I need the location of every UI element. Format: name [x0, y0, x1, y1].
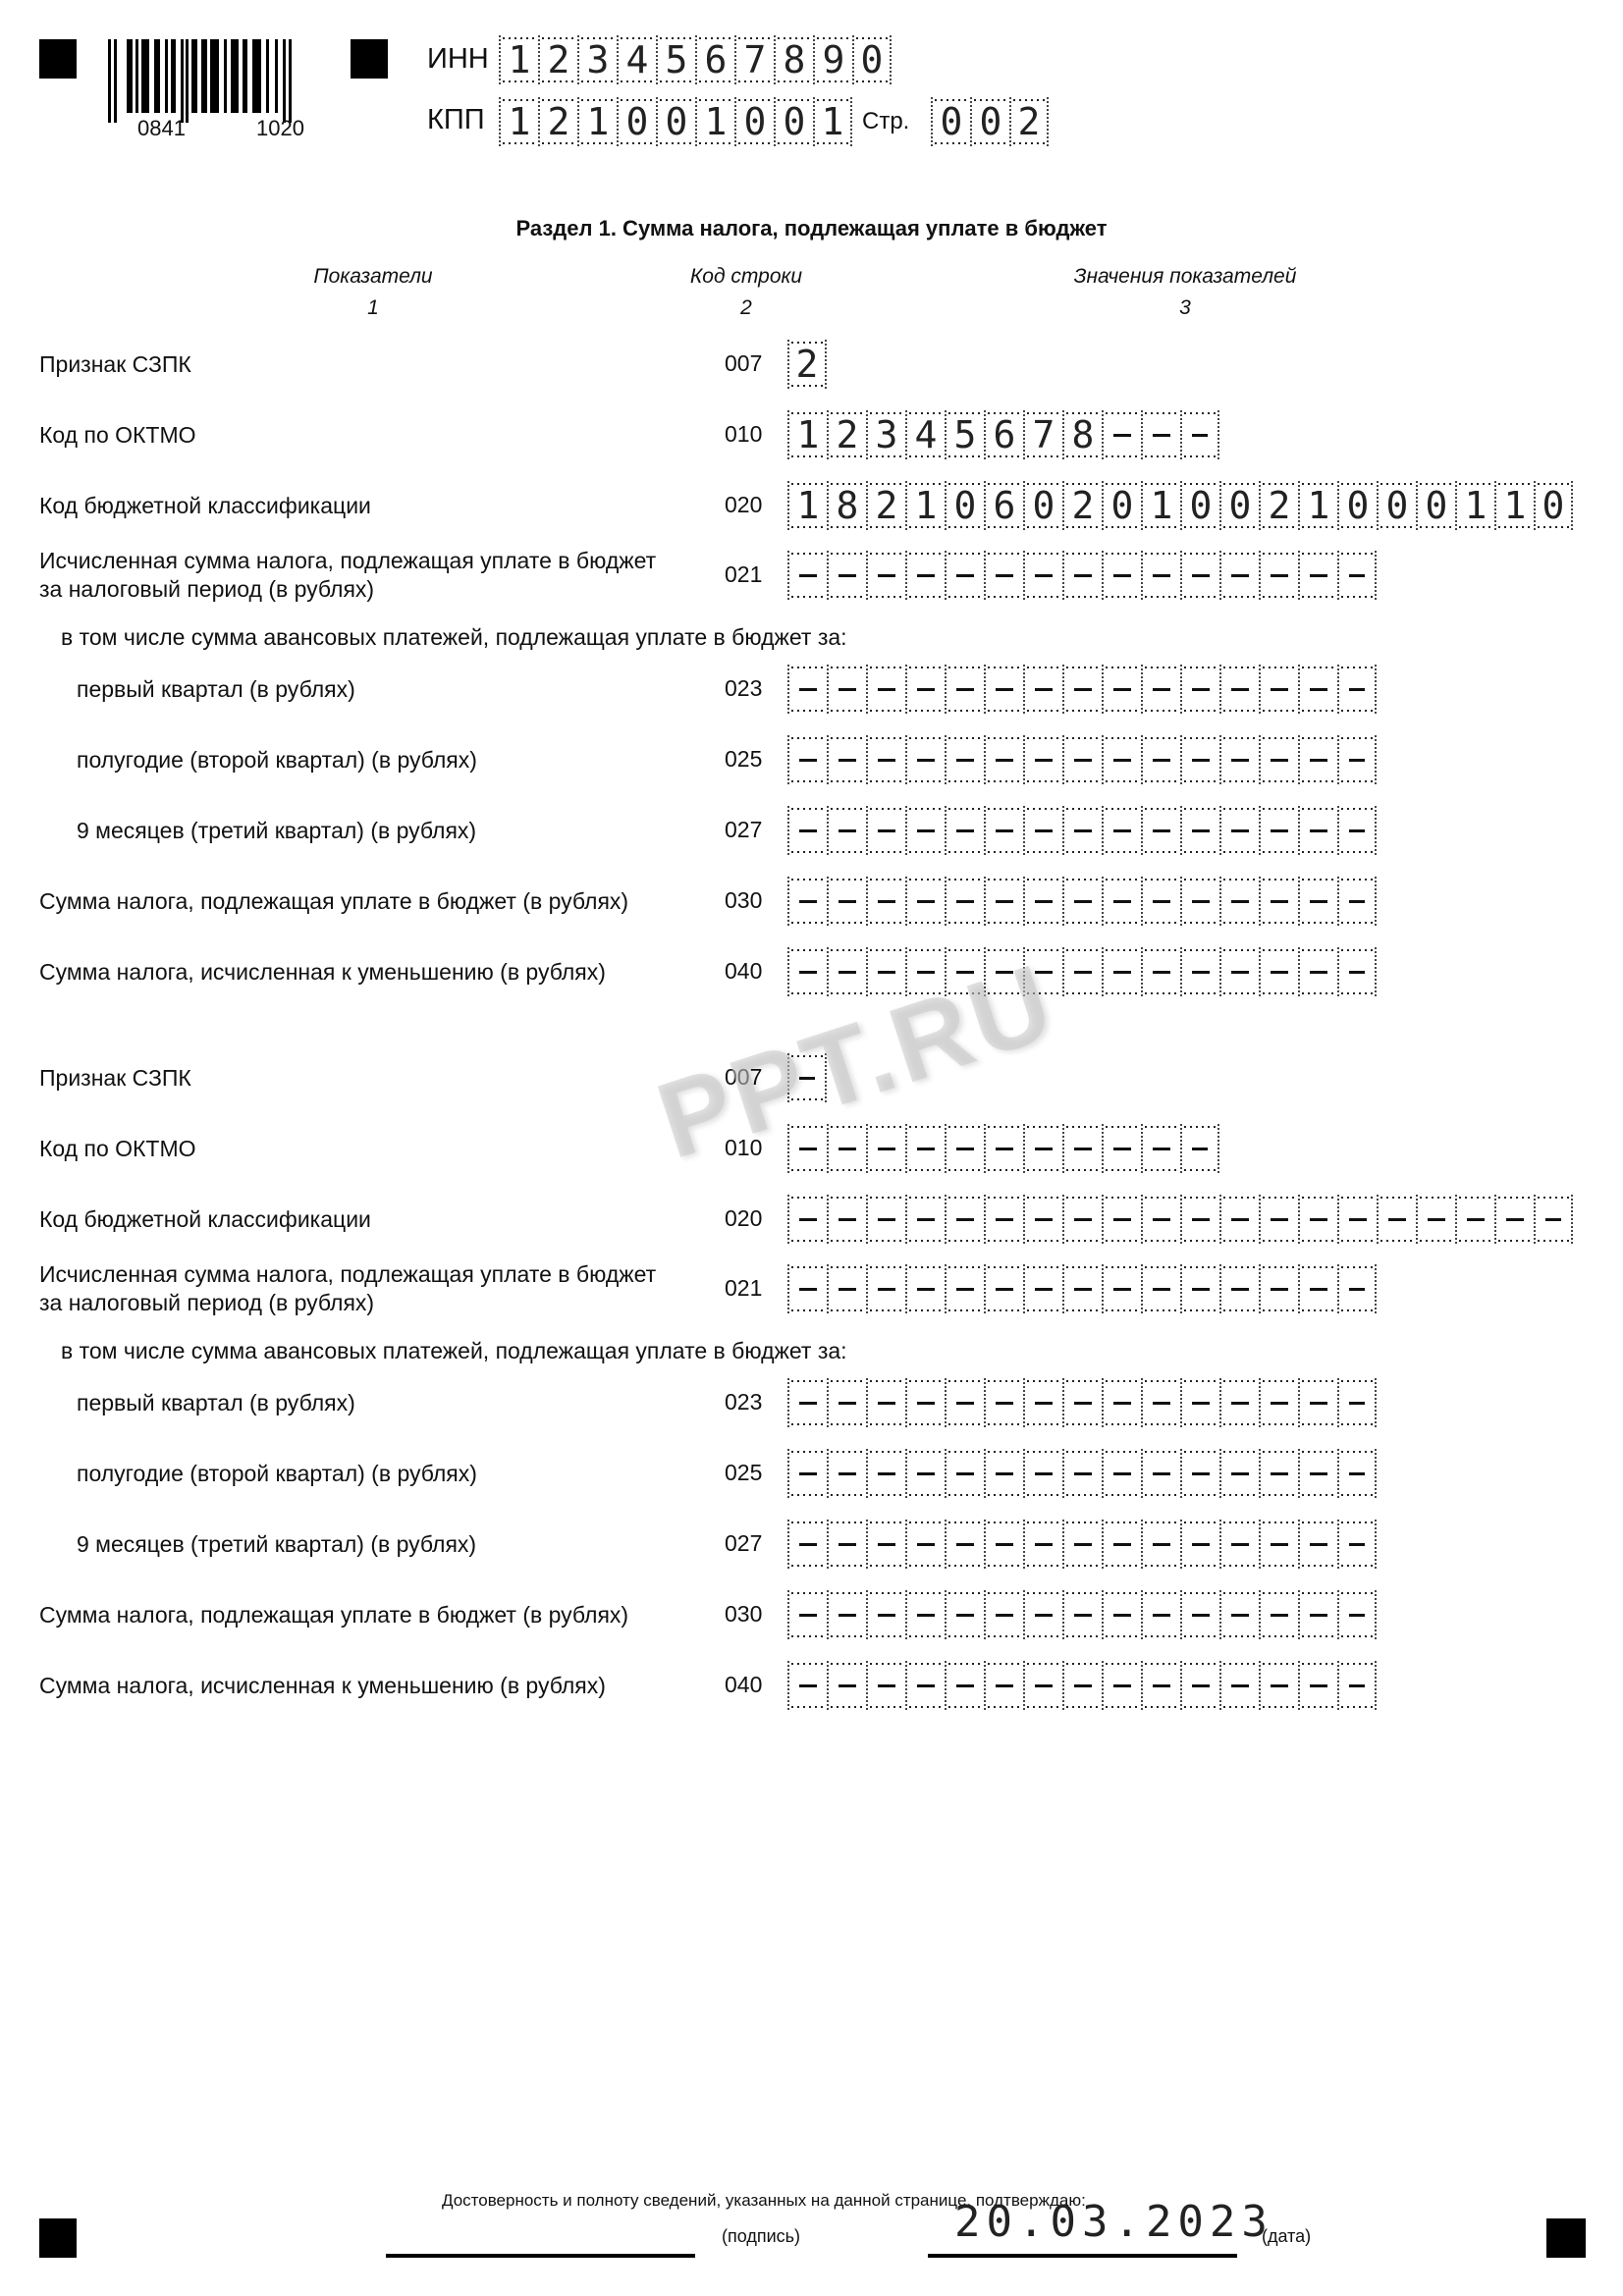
char-cell[interactable]: [1298, 735, 1337, 784]
char-cell[interactable]: [1062, 1661, 1102, 1710]
char-cell[interactable]: 2: [787, 340, 827, 389]
char-cell[interactable]: [1141, 1449, 1180, 1498]
char-cell[interactable]: [945, 735, 984, 784]
char-cell[interactable]: [1259, 665, 1298, 714]
value-field-010[interactable]: [787, 1124, 1219, 1173]
value-field-010[interactable]: 12345678: [787, 410, 1219, 459]
char-cell[interactable]: [1141, 1378, 1180, 1427]
char-cell[interactable]: 4: [905, 410, 945, 459]
char-cell[interactable]: [1102, 551, 1141, 600]
char-cell[interactable]: [1023, 1661, 1062, 1710]
char-cell[interactable]: [1337, 1661, 1377, 1710]
char-cell[interactable]: [1102, 947, 1141, 996]
char-cell[interactable]: [1219, 1590, 1259, 1639]
char-cell[interactable]: [1141, 1195, 1180, 1244]
char-cell[interactable]: [945, 1590, 984, 1639]
char-cell[interactable]: [866, 665, 905, 714]
char-cell[interactable]: [1180, 947, 1219, 996]
char-cell[interactable]: [984, 806, 1023, 855]
char-cell[interactable]: [984, 1264, 1023, 1313]
char-cell[interactable]: [1298, 1449, 1337, 1498]
char-cell[interactable]: [1062, 1195, 1102, 1244]
char-cell[interactable]: [1062, 735, 1102, 784]
char-cell[interactable]: [945, 1264, 984, 1313]
char-cell[interactable]: 2: [538, 35, 577, 84]
char-cell[interactable]: [787, 1449, 827, 1498]
char-cell[interactable]: [1180, 1264, 1219, 1313]
char-cell[interactable]: [787, 1378, 827, 1427]
char-cell[interactable]: [1455, 1195, 1494, 1244]
char-cell[interactable]: 5: [945, 410, 984, 459]
char-cell[interactable]: 0: [852, 35, 892, 84]
char-cell[interactable]: 1: [1298, 481, 1337, 530]
char-cell[interactable]: 0: [1102, 481, 1141, 530]
value-field-020[interactable]: 18210602010021000110: [787, 481, 1573, 530]
char-cell[interactable]: [1062, 1590, 1102, 1639]
char-cell[interactable]: [1062, 877, 1102, 926]
char-cell[interactable]: [866, 1195, 905, 1244]
char-cell[interactable]: [984, 665, 1023, 714]
char-cell[interactable]: 0: [1180, 481, 1219, 530]
char-cell[interactable]: 6: [984, 481, 1023, 530]
char-cell[interactable]: [1102, 735, 1141, 784]
char-cell[interactable]: [1023, 665, 1062, 714]
char-cell[interactable]: [1298, 1264, 1337, 1313]
char-cell[interactable]: 0: [1219, 481, 1259, 530]
char-cell[interactable]: [1219, 1520, 1259, 1569]
char-cell[interactable]: [945, 877, 984, 926]
char-cell[interactable]: [1259, 1590, 1298, 1639]
char-cell[interactable]: [1219, 1195, 1259, 1244]
char-cell[interactable]: [1180, 1449, 1219, 1498]
char-cell[interactable]: [905, 1590, 945, 1639]
inn-field[interactable]: 1234567890: [499, 35, 892, 84]
char-cell[interactable]: [984, 1520, 1023, 1569]
char-cell[interactable]: [1062, 947, 1102, 996]
char-cell[interactable]: 0: [1023, 481, 1062, 530]
char-cell[interactable]: 9: [813, 35, 852, 84]
char-cell[interactable]: [1219, 877, 1259, 926]
column-header-indicators: Показатели 1: [313, 265, 432, 320]
char-cell[interactable]: [787, 1590, 827, 1639]
char-cell[interactable]: [1337, 1195, 1377, 1244]
char-cell[interactable]: [1298, 806, 1337, 855]
value-field-007[interactable]: [787, 1053, 827, 1102]
char-cell[interactable]: [1259, 1264, 1298, 1313]
char-cell[interactable]: 1: [499, 97, 538, 146]
char-cell[interactable]: [787, 806, 827, 855]
char-cell[interactable]: [1337, 806, 1377, 855]
value-field-023[interactable]: [787, 1378, 1377, 1427]
char-cell[interactable]: [1337, 1264, 1377, 1313]
char-cell[interactable]: [1180, 1520, 1219, 1569]
char-cell[interactable]: [905, 947, 945, 996]
char-cell[interactable]: [1219, 1264, 1259, 1313]
char-cell[interactable]: [787, 947, 827, 996]
char-cell[interactable]: 3: [866, 410, 905, 459]
column-title: Код строки: [690, 265, 802, 289]
char-cell[interactable]: [1102, 1264, 1141, 1313]
row-label: Код бюджетной классификации: [39, 492, 371, 520]
char-cell[interactable]: [787, 1520, 827, 1569]
char-cell[interactable]: [1102, 1520, 1141, 1569]
char-cell[interactable]: [1337, 735, 1377, 784]
char-cell[interactable]: [1298, 1520, 1337, 1569]
char-cell[interactable]: [1298, 947, 1337, 996]
char-cell[interactable]: [1102, 1590, 1141, 1639]
char-cell[interactable]: 1: [577, 97, 617, 146]
row-code: 021: [725, 1275, 762, 1302]
char-cell[interactable]: [827, 1661, 866, 1710]
char-cell[interactable]: [1141, 735, 1180, 784]
char-cell[interactable]: [827, 1449, 866, 1498]
char-cell[interactable]: [945, 1124, 984, 1173]
kpp-field[interactable]: 121001001: [499, 97, 852, 146]
row-code: 040: [725, 1672, 762, 1698]
char-cell[interactable]: [1219, 806, 1259, 855]
char-cell[interactable]: [1102, 410, 1141, 459]
char-cell[interactable]: [905, 735, 945, 784]
char-cell[interactable]: 0: [970, 97, 1009, 146]
char-cell[interactable]: [1062, 1264, 1102, 1313]
value-field-040[interactable]: [787, 947, 1377, 996]
char-cell[interactable]: [1062, 806, 1102, 855]
char-cell[interactable]: [1023, 735, 1062, 784]
char-cell[interactable]: [905, 1378, 945, 1427]
char-cell[interactable]: 1: [813, 97, 852, 146]
char-cell[interactable]: [945, 665, 984, 714]
char-cell[interactable]: [1259, 1449, 1298, 1498]
char-cell[interactable]: [905, 806, 945, 855]
char-cell[interactable]: [1180, 665, 1219, 714]
char-cell[interactable]: [1141, 1124, 1180, 1173]
char-cell[interactable]: [827, 665, 866, 714]
char-cell[interactable]: [1219, 947, 1259, 996]
char-cell[interactable]: [866, 1661, 905, 1710]
char-cell[interactable]: [827, 1124, 866, 1173]
char-cell[interactable]: 2: [538, 97, 577, 146]
char-cell[interactable]: [787, 665, 827, 714]
value-field-040[interactable]: [787, 1661, 1377, 1710]
char-cell[interactable]: 7: [1023, 410, 1062, 459]
char-cell[interactable]: [1062, 1124, 1102, 1173]
value-field-021[interactable]: [787, 551, 1377, 600]
char-cell[interactable]: [1219, 551, 1259, 600]
char-cell[interactable]: [1102, 877, 1141, 926]
value-field-030[interactable]: [787, 1590, 1377, 1639]
char-cell[interactable]: [905, 1520, 945, 1569]
char-cell[interactable]: [866, 806, 905, 855]
char-cell[interactable]: 2: [1259, 481, 1298, 530]
char-cell[interactable]: [1141, 1661, 1180, 1710]
char-cell[interactable]: [787, 1661, 827, 1710]
char-cell[interactable]: [1259, 1661, 1298, 1710]
char-cell[interactable]: [1023, 1449, 1062, 1498]
char-cell[interactable]: [1023, 1124, 1062, 1173]
char-cell[interactable]: [866, 1378, 905, 1427]
char-cell[interactable]: 0: [774, 97, 813, 146]
char-cell[interactable]: 5: [656, 35, 695, 84]
char-cell[interactable]: [1062, 1378, 1102, 1427]
char-cell[interactable]: [1298, 551, 1337, 600]
char-cell[interactable]: [945, 1520, 984, 1569]
char-cell[interactable]: 0: [1377, 481, 1416, 530]
value-field-020[interactable]: [787, 1195, 1573, 1244]
char-cell[interactable]: 8: [827, 481, 866, 530]
char-cell[interactable]: [905, 1449, 945, 1498]
char-cell[interactable]: [827, 806, 866, 855]
char-cell[interactable]: [787, 877, 827, 926]
char-cell[interactable]: [1102, 1195, 1141, 1244]
char-cell[interactable]: [787, 1053, 827, 1102]
char-cell[interactable]: 8: [774, 35, 813, 84]
char-cell[interactable]: [787, 735, 827, 784]
char-cell[interactable]: [1219, 1661, 1259, 1710]
char-cell[interactable]: 1: [787, 410, 827, 459]
char-cell[interactable]: [984, 1124, 1023, 1173]
char-cell[interactable]: [1416, 1195, 1455, 1244]
char-cell[interactable]: [827, 877, 866, 926]
char-cell[interactable]: [1180, 410, 1219, 459]
char-cell[interactable]: 2: [1062, 481, 1102, 530]
char-cell[interactable]: [1141, 1520, 1180, 1569]
char-cell[interactable]: [905, 551, 945, 600]
char-cell[interactable]: [1023, 1520, 1062, 1569]
char-cell[interactable]: [1180, 806, 1219, 855]
char-cell[interactable]: [1062, 1520, 1102, 1569]
char-cell[interactable]: [1141, 1590, 1180, 1639]
char-cell[interactable]: [1534, 1195, 1573, 1244]
char-cell[interactable]: [1102, 665, 1141, 714]
char-cell[interactable]: 1: [905, 481, 945, 530]
char-cell[interactable]: 0: [617, 97, 656, 146]
char-cell[interactable]: [1062, 551, 1102, 600]
char-cell[interactable]: [1141, 665, 1180, 714]
char-cell[interactable]: [984, 1378, 1023, 1427]
signature-line[interactable]: [386, 2254, 695, 2258]
char-cell[interactable]: [905, 1264, 945, 1313]
char-cell[interactable]: [827, 1520, 866, 1569]
char-cell[interactable]: 6: [984, 410, 1023, 459]
char-cell[interactable]: [1259, 1195, 1298, 1244]
char-cell[interactable]: [1259, 877, 1298, 926]
char-cell[interactable]: [866, 735, 905, 784]
char-cell[interactable]: [1377, 1195, 1416, 1244]
char-cell[interactable]: [905, 665, 945, 714]
char-cell[interactable]: [1023, 551, 1062, 600]
column-number: 2: [690, 296, 802, 320]
char-cell[interactable]: [984, 1195, 1023, 1244]
char-cell[interactable]: [1219, 1378, 1259, 1427]
char-cell[interactable]: [905, 877, 945, 926]
char-cell[interactable]: [866, 1520, 905, 1569]
char-cell[interactable]: [1337, 1590, 1377, 1639]
value-field-021[interactable]: [787, 1264, 1377, 1313]
char-cell[interactable]: [1259, 947, 1298, 996]
char-cell[interactable]: 1: [1141, 481, 1180, 530]
char-cell[interactable]: 2: [1009, 97, 1049, 146]
char-cell[interactable]: [787, 551, 827, 600]
char-cell[interactable]: [787, 1195, 827, 1244]
char-cell[interactable]: [945, 806, 984, 855]
char-cell[interactable]: [1298, 1378, 1337, 1427]
char-cell[interactable]: [1219, 735, 1259, 784]
char-cell[interactable]: [1259, 551, 1298, 600]
char-cell[interactable]: [945, 1195, 984, 1244]
char-cell[interactable]: [1141, 551, 1180, 600]
value-field-025[interactable]: [787, 735, 1377, 784]
column-number: 3: [1074, 296, 1297, 320]
char-cell[interactable]: [1102, 1449, 1141, 1498]
char-cell[interactable]: [1180, 1661, 1219, 1710]
char-cell[interactable]: [945, 551, 984, 600]
value-field-027[interactable]: [787, 1520, 1377, 1569]
value-field-030[interactable]: [787, 877, 1377, 926]
char-cell[interactable]: [1259, 1378, 1298, 1427]
char-cell[interactable]: [1219, 665, 1259, 714]
char-cell[interactable]: [1180, 551, 1219, 600]
char-cell[interactable]: [1337, 1378, 1377, 1427]
char-cell[interactable]: 7: [734, 35, 774, 84]
char-cell[interactable]: [1102, 806, 1141, 855]
char-cell[interactable]: [1180, 1590, 1219, 1639]
char-cell[interactable]: [827, 1195, 866, 1244]
char-cell[interactable]: 0: [1337, 481, 1377, 530]
char-cell[interactable]: [1141, 877, 1180, 926]
char-cell[interactable]: 1: [695, 97, 734, 146]
char-cell[interactable]: [827, 1378, 866, 1427]
char-cell[interactable]: [1337, 877, 1377, 926]
char-cell[interactable]: [1298, 665, 1337, 714]
char-cell[interactable]: 1: [1494, 481, 1534, 530]
char-cell[interactable]: [866, 877, 905, 926]
char-cell[interactable]: [827, 735, 866, 784]
char-cell[interactable]: [827, 1590, 866, 1639]
char-cell[interactable]: [984, 735, 1023, 784]
char-cell[interactable]: [984, 1590, 1023, 1639]
char-cell[interactable]: [984, 551, 1023, 600]
char-cell[interactable]: [1337, 665, 1377, 714]
char-cell[interactable]: [787, 1264, 827, 1313]
char-cell[interactable]: [1141, 806, 1180, 855]
row-code: 023: [725, 1389, 762, 1415]
value-field-025[interactable]: [787, 1449, 1377, 1498]
value-field-007[interactable]: 2: [787, 340, 827, 389]
char-cell[interactable]: [1023, 1264, 1062, 1313]
char-cell[interactable]: [1141, 410, 1180, 459]
char-cell[interactable]: [1023, 877, 1062, 926]
char-cell[interactable]: [827, 551, 866, 600]
char-cell[interactable]: [1337, 1449, 1377, 1498]
char-cell[interactable]: [787, 1124, 827, 1173]
char-cell[interactable]: [1141, 1264, 1180, 1313]
char-cell[interactable]: 8: [1062, 410, 1102, 459]
char-cell[interactable]: [1062, 1449, 1102, 1498]
char-cell[interactable]: [1298, 877, 1337, 926]
char-cell[interactable]: [827, 947, 866, 996]
char-cell[interactable]: 1: [1455, 481, 1494, 530]
char-cell[interactable]: [1337, 551, 1377, 600]
char-cell[interactable]: [827, 1264, 866, 1313]
row-label: Сумма налога, подлежащая уплате в бюджет…: [39, 1601, 628, 1629]
char-cell[interactable]: [984, 1661, 1023, 1710]
char-cell[interactable]: [866, 1449, 905, 1498]
char-cell[interactable]: [1259, 735, 1298, 784]
char-cell[interactable]: [1494, 1195, 1534, 1244]
char-cell[interactable]: [1062, 665, 1102, 714]
char-cell[interactable]: [1023, 1590, 1062, 1639]
char-cell[interactable]: [945, 1449, 984, 1498]
char-cell[interactable]: [1219, 1449, 1259, 1498]
char-cell[interactable]: [1023, 1378, 1062, 1427]
char-cell[interactable]: [866, 947, 905, 996]
char-cell[interactable]: 2: [827, 410, 866, 459]
char-cell[interactable]: [1141, 947, 1180, 996]
char-cell[interactable]: [1180, 1124, 1219, 1173]
char-cell[interactable]: [984, 1449, 1023, 1498]
char-cell[interactable]: 0: [656, 97, 695, 146]
char-cell[interactable]: 0: [1534, 481, 1573, 530]
char-cell[interactable]: [984, 947, 1023, 996]
char-cell[interactable]: [945, 947, 984, 996]
char-cell[interactable]: [866, 1590, 905, 1639]
char-cell[interactable]: [1337, 947, 1377, 996]
char-cell[interactable]: [905, 1661, 945, 1710]
char-cell[interactable]: [1180, 735, 1219, 784]
char-cell[interactable]: [1180, 877, 1219, 926]
char-cell[interactable]: 0: [1416, 481, 1455, 530]
char-cell[interactable]: [1259, 1520, 1298, 1569]
date-value[interactable]: 20.03.2023: [954, 2197, 1273, 2247]
char-cell[interactable]: [866, 1124, 905, 1173]
char-cell[interactable]: 0: [931, 97, 970, 146]
row-code: 007: [725, 350, 762, 377]
char-cell[interactable]: [1102, 1124, 1141, 1173]
char-cell[interactable]: 3: [577, 35, 617, 84]
char-cell[interactable]: [1298, 1590, 1337, 1639]
char-cell[interactable]: 1: [787, 481, 827, 530]
char-cell[interactable]: [866, 1264, 905, 1313]
char-cell[interactable]: [1023, 806, 1062, 855]
char-cell[interactable]: 0: [945, 481, 984, 530]
char-cell[interactable]: [1337, 1520, 1377, 1569]
char-cell[interactable]: [905, 1124, 945, 1173]
char-cell[interactable]: [1180, 1378, 1219, 1427]
char-cell[interactable]: [984, 877, 1023, 926]
char-cell[interactable]: [945, 1661, 984, 1710]
char-cell[interactable]: [1102, 1661, 1141, 1710]
char-cell[interactable]: [1259, 806, 1298, 855]
char-cell[interactable]: 2: [866, 481, 905, 530]
char-cell[interactable]: [905, 1195, 945, 1244]
value-field-027[interactable]: [787, 806, 1377, 855]
row-label: Исчисленная сумма налога, подлежащая упл…: [39, 1260, 656, 1317]
char-cell[interactable]: [1298, 1661, 1337, 1710]
char-cell[interactable]: [866, 551, 905, 600]
char-cell[interactable]: [1023, 947, 1062, 996]
char-cell[interactable]: [1180, 1195, 1219, 1244]
page-number-field[interactable]: 002: [931, 97, 1049, 146]
char-cell[interactable]: [1298, 1195, 1337, 1244]
char-cell[interactable]: [1023, 1195, 1062, 1244]
char-cell[interactable]: [945, 1378, 984, 1427]
char-cell[interactable]: 6: [695, 35, 734, 84]
char-cell[interactable]: 0: [734, 97, 774, 146]
char-cell[interactable]: 4: [617, 35, 656, 84]
char-cell[interactable]: 1: [499, 35, 538, 84]
value-field-023[interactable]: [787, 665, 1377, 714]
char-cell[interactable]: [1102, 1378, 1141, 1427]
